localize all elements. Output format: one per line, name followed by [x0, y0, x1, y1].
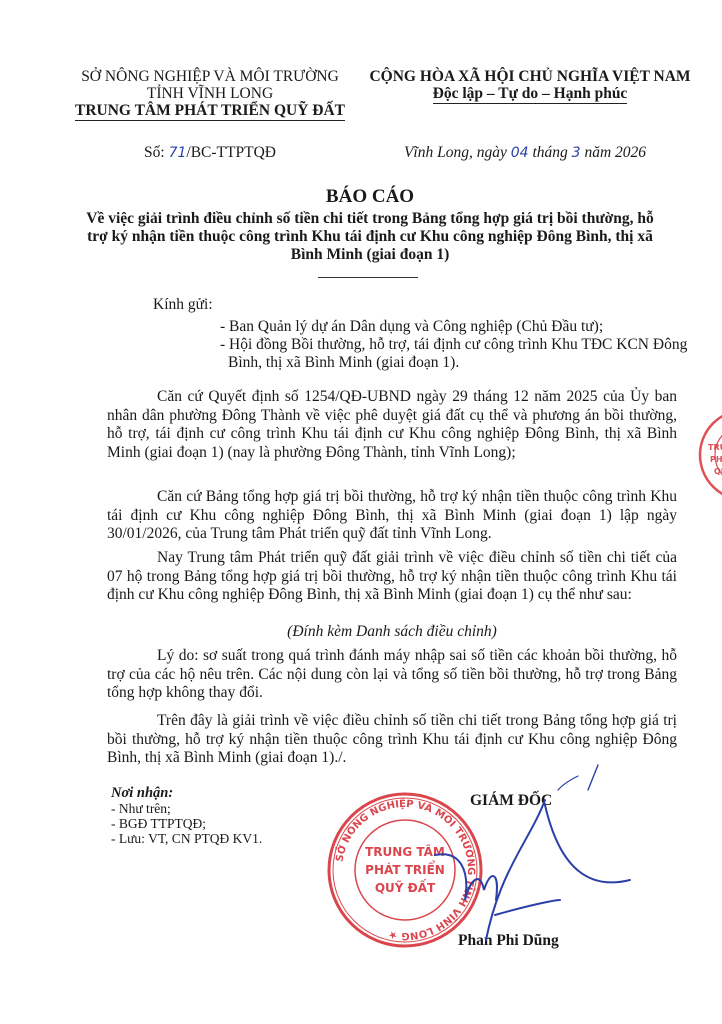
recipients-block: Nơi nhận: - Như trên; - BGĐ TTPTQĐ; - Lư… — [111, 786, 262, 846]
signer-name: Phan Phi Dũng — [458, 932, 559, 950]
report-title: BÁO CÁO — [80, 186, 660, 208]
agency-name: TRUNG TÂM PHÁT TRIỂN QUỸ ĐẤT — [75, 102, 345, 121]
nation-name: CỘNG HÒA XÃ HỘI CHỦ NGHĨA VIỆT NAM — [358, 68, 702, 85]
province-name: TỈNH VĨNH LONG — [60, 85, 360, 102]
document-date: Vĩnh Long, ngày 04 tháng 3 năm 2026 — [360, 144, 690, 162]
svg-text:PHÁT TRIỂN: PHÁT TRIỂN — [365, 860, 445, 877]
recipient-item: - Như trên; — [111, 801, 262, 816]
report-subtitle: Về việc giải trình điều chỉnh số tiền ch… — [80, 210, 660, 264]
page-edge-seal-icon — [700, 410, 722, 500]
svg-text:TRUNG TÂM: TRUNG TÂM — [365, 844, 445, 859]
doc-number-code: /BC-TTPTQĐ — [186, 144, 276, 161]
doc-number-label: Số: — [144, 144, 169, 161]
body-paragraph: Lý do: sơ suất trong quá trình đánh máy … — [107, 647, 677, 703]
recipients-heading: Nơi nhận: — [111, 786, 262, 801]
svg-text:QUỸ: QUỸ — [714, 466, 722, 476]
paragraph-legal-basis-1: Căn cứ Quyết định số 1254/QĐ-UBND ngày 2… — [107, 388, 677, 462]
recipient-item: - BGĐ TTPTQĐ; — [111, 816, 262, 831]
paragraph-explanation: Nay Trung tâm Phát triển quỹ đất giải tr… — [107, 549, 677, 605]
addressees-label: Kính gửi: — [153, 296, 213, 314]
doc-number-handwritten: 71 — [169, 145, 187, 161]
date-month: 3 — [572, 145, 581, 161]
ministry-name: SỞ NÔNG NGHIỆP VÀ MÔI TRƯỜNG — [60, 68, 360, 85]
svg-text:SỞ NÔNG NGHIỆP VÀ MÔI TRƯỜNG T: SỞ NÔNG NGHIỆP VÀ MÔI TRƯỜNG TỈNH VĨNH L… — [333, 797, 477, 941]
paragraph-legal-basis-2: Căn cứ Bảng tổng hợp giá trị bồi thường,… — [107, 488, 677, 544]
signer-position: GIÁM ĐỐC — [470, 792, 552, 810]
national-motto: Độc lập – Tự do – Hạnh phúc — [433, 85, 628, 104]
attachment-note: (Đính kèm Danh sách điều chỉnh) — [107, 623, 677, 641]
body-paragraph: Trên đây là giải trình về việc điều chỉn… — [107, 712, 677, 768]
paragraph-conclusion: Trên đây là giải trình về việc điều chỉn… — [107, 712, 677, 768]
addressee-item: - Hội đồng Bồi thường, hỗ trợ, tái định … — [220, 336, 690, 372]
addressees-list: - Ban Quản lý dự án Dân dụng và Công ngh… — [220, 318, 690, 372]
date-month-label: tháng — [529, 144, 572, 161]
national-header: CỘNG HÒA XÃ HỘI CHỦ NGHĨA VIỆT NAM Độc l… — [358, 68, 702, 104]
issuing-agency-header: SỞ NÔNG NGHIỆP VÀ MÔI TRƯỜNG TỈNH VĨNH L… — [60, 68, 360, 121]
svg-text:PHÁT: PHÁT — [710, 453, 722, 464]
title-divider — [318, 277, 418, 278]
paragraph-reason: Lý do: sơ suất trong quá trình đánh máy … — [107, 647, 677, 703]
body-paragraph: Nay Trung tâm Phát triển quỹ đất giải tr… — [107, 549, 677, 605]
body-paragraph: Căn cứ Bảng tổng hợp giá trị bồi thường,… — [107, 488, 677, 544]
addressee-item: - Ban Quản lý dự án Dân dụng và Công ngh… — [220, 318, 690, 336]
date-day: 04 — [511, 145, 529, 161]
svg-text:QUỸ ĐẤT: QUỸ ĐẤT — [375, 878, 436, 895]
body-paragraph: Căn cứ Quyết định số 1254/QĐ-UBND ngày 2… — [107, 388, 677, 462]
svg-text:TRUNG: TRUNG — [708, 443, 722, 452]
official-seal-icon — [329, 794, 481, 946]
recipient-item: - Lưu: VT, CN PTQĐ KV1. — [111, 831, 262, 846]
date-place: Vĩnh Long, ngày — [404, 144, 511, 161]
document-number: Số: 71/BC-TTPTQĐ — [60, 144, 360, 162]
date-year: năm 2026 — [581, 144, 646, 161]
